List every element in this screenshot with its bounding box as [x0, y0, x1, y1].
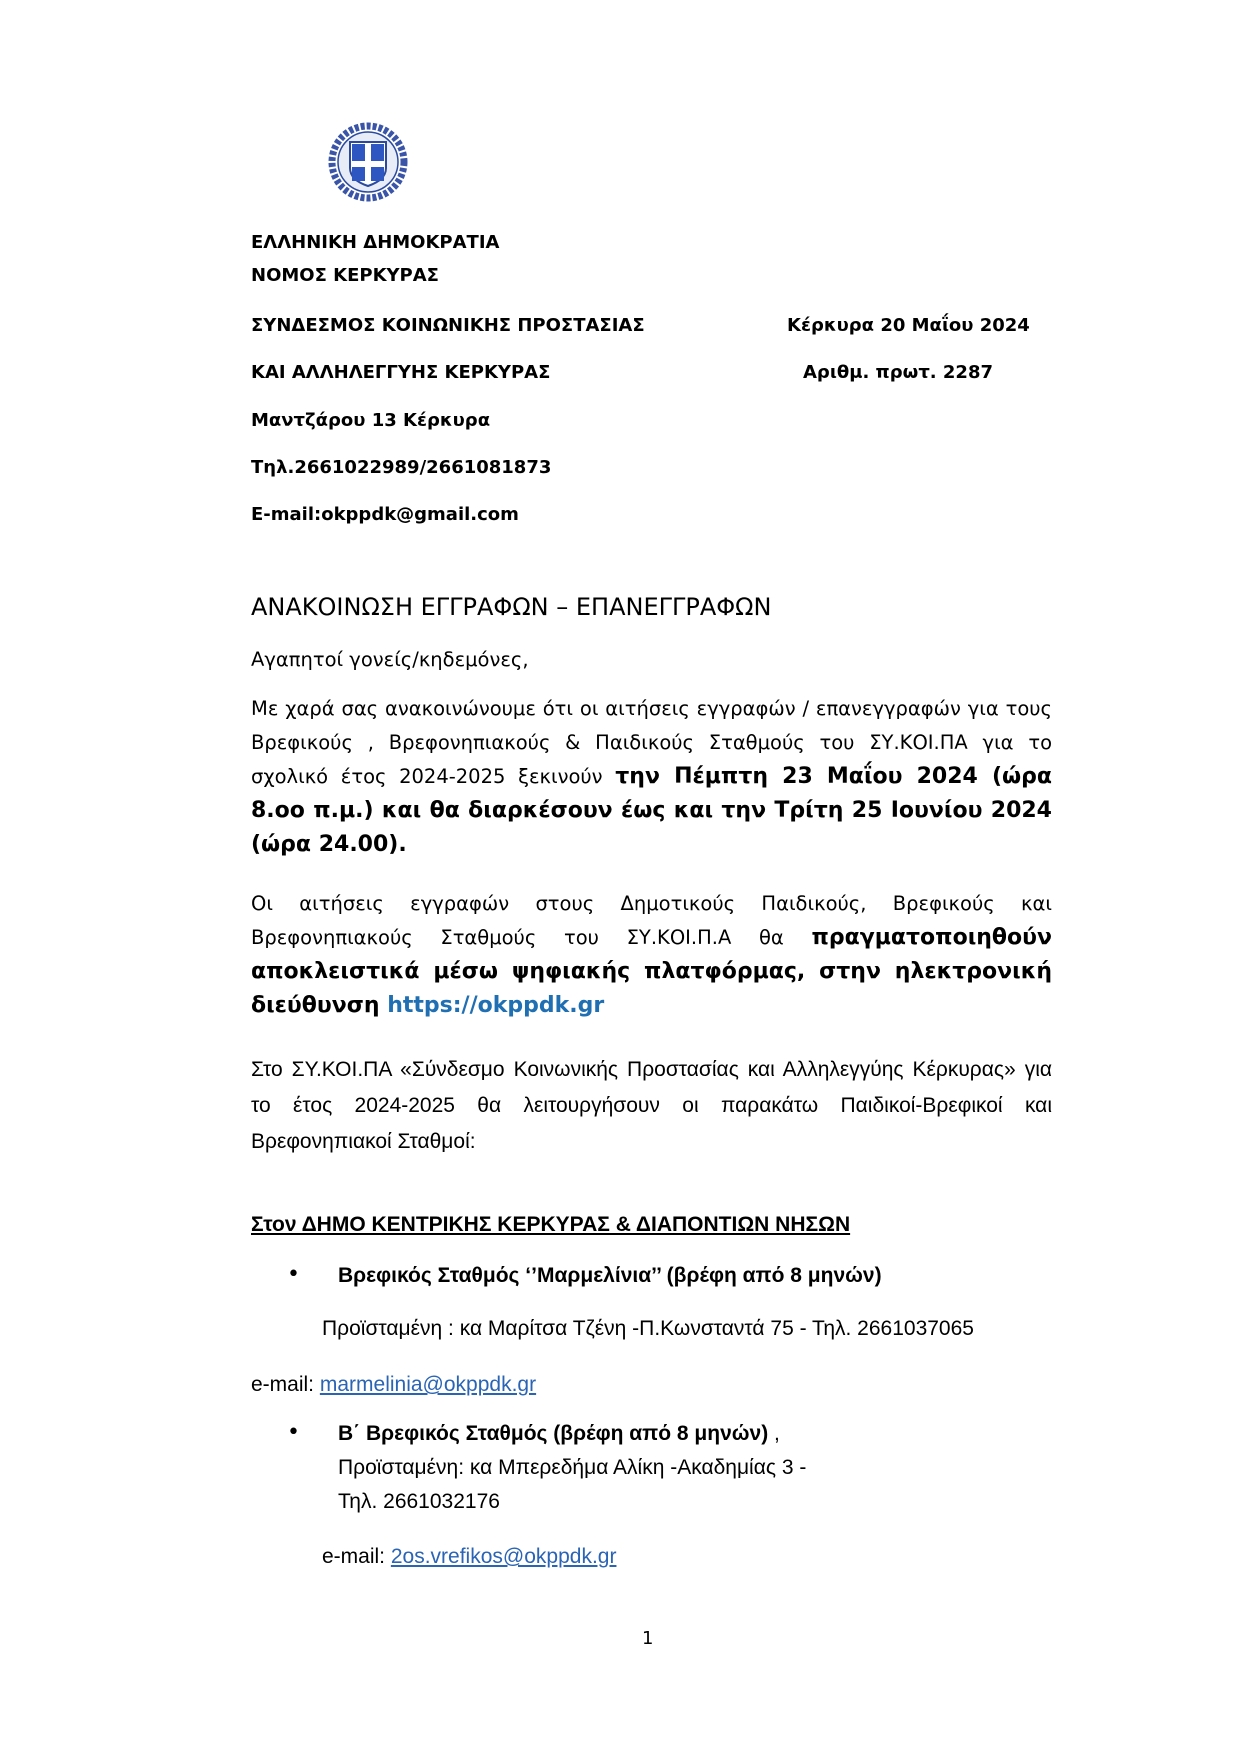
announcement-title: ΑΝΑΚΟΙΝΩΣΗ ΕΓΓΡΑΦΩΝ – ΕΠΑΝΕΓΓΡΑΦΩΝ — [251, 593, 771, 621]
station-details-line1: Προϊσταμένη: κα Μπερεδήμα Αλίκη -Ακαδημί… — [338, 1456, 806, 1480]
document-date: Κέρκυρα 20 Μαΐου 2024 — [787, 315, 1030, 336]
header-prefecture: ΝΟΜΟΣ ΚΕΡΚΥΡΑΣ — [251, 265, 439, 286]
paragraph-platform: Οι αιτήσεις εγγραφών στους Δημοτικούς Πα… — [251, 887, 1052, 1023]
station-email: e-mail: marmelinia@okppdk.gr — [251, 1373, 536, 1397]
header-org-line1: ΣΥΝΔΕΣΜΟΣ ΚΟΙΝΩΝΙΚΗΣ ΠΡΟΣΤΑΣΙΑΣ — [251, 315, 645, 336]
station-name: Βρεφικός Σταθμός ‘’Μαρμελίνια’’ (βρέφη α… — [338, 1264, 882, 1288]
bullet-icon: • — [287, 1262, 300, 1287]
header-country: ΕΛΛΗΝΙΚΗ ΔΗΜΟΚΡΑΤΙΑ — [251, 232, 499, 253]
station-details-line2: Τηλ. 2661032176 — [338, 1490, 500, 1514]
email-label: e-mail: — [251, 1373, 320, 1396]
station-name-suffix: , — [768, 1422, 780, 1445]
greeting: Αγαπητοί γονείς/κηδεμόνες, — [251, 643, 529, 677]
page-number: 1 — [642, 1628, 653, 1649]
section-heading-municipality: Στον ΔΗΜΟ ΚΕΝΤΡΙΚΗΣ ΚΕΡΚΥΡΑΣ & ΔΙΑΠΟΝΤΙΩ… — [251, 1213, 850, 1237]
header-address: Μαντζάρου 13 Κέρκυρα — [251, 410, 490, 431]
station-name: Β΄ Βρεφικός Σταθμός (βρέφη από 8 μηνών) … — [338, 1422, 780, 1446]
paragraph-stations-intro: Στο ΣΥ.ΚΟΙ.ΠΑ «Σύνδεσμο Κοινωνικής Προστ… — [251, 1052, 1052, 1160]
station-email: e-mail: 2os.vrefikos@okppdk.gr — [322, 1545, 616, 1569]
protocol-number: Αριθμ. πρωτ. 2287 — [803, 362, 993, 383]
header-org-line2: ΚΑΙ ΑΛΛΗΛΕΓΓΥΗΣ ΚΕΡΚΥΡΑΣ — [251, 362, 550, 383]
header-email: E-mail:okppdk@gmail.com — [251, 504, 519, 525]
station-details: Προϊσταμένη : κα Μαρίτσα Τζένη -Π.Κωνστα… — [322, 1317, 974, 1341]
email-label: e-mail: — [322, 1545, 391, 1568]
station-email-link[interactable]: marmelinia@okppdk.gr — [320, 1373, 536, 1396]
station-email-link[interactable]: 2os.vrefikos@okppdk.gr — [391, 1545, 617, 1568]
header-phone: Τηλ.2661022989/2661081873 — [251, 457, 551, 478]
platform-link[interactable]: https://okppdk.gr — [387, 993, 604, 1018]
bullet-icon: • — [287, 1420, 300, 1445]
greek-coat-of-arms-icon — [328, 122, 408, 202]
station-name-text: Β΄ Βρεφικός Σταθμός (βρέφη από 8 μηνών) — [338, 1422, 768, 1445]
paragraph-registration-dates: Με χαρά σας ανακοινώνουμε ότι οι αιτήσει… — [251, 692, 1052, 862]
